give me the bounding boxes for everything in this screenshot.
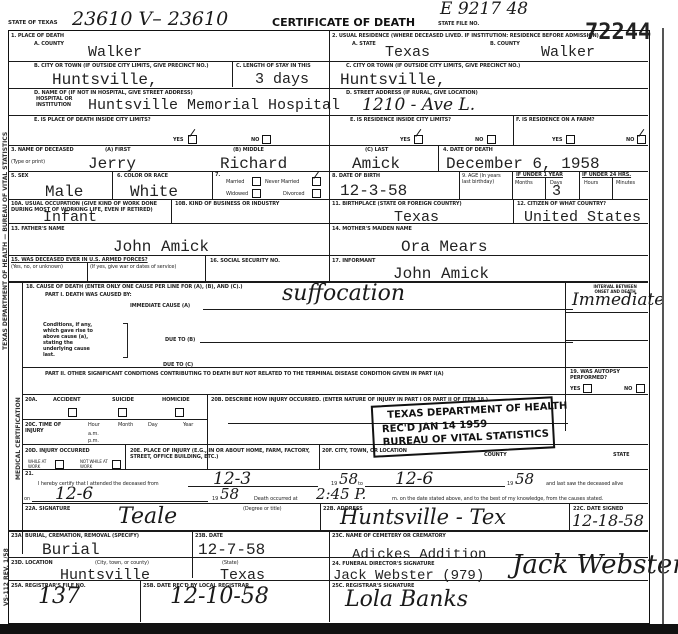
state-file-label: STATE FILE NO. — [438, 21, 479, 27]
immediate-cause: suffocation — [282, 285, 405, 303]
due-to-b-label: DUE TO (b) — [165, 337, 195, 343]
residence-city: Huntsville, — [340, 72, 446, 88]
armed-sub2: (If yes, give war or dates of service) — [90, 264, 176, 270]
divider — [125, 444, 126, 469]
not-at-work-label: NOT WHILE AT WORK — [80, 460, 110, 469]
autopsy-yes-checkbox[interactable] — [583, 384, 592, 393]
date-signed: 12-18-58 — [572, 512, 644, 530]
am-label: a.m. — [88, 431, 99, 437]
signature-label: 22a. SIGNATURE — [25, 506, 70, 512]
sex-label: 5. SEX — [11, 173, 28, 179]
res-inside-city-yes-checkbox[interactable] — [414, 135, 423, 144]
burial-date-label: 23b. DATE — [195, 533, 223, 539]
no-label: NO — [624, 386, 632, 392]
year-prefix: 19 — [212, 496, 218, 502]
divider — [329, 30, 330, 281]
cert-text-3: m. on the date stated above, and to the … — [392, 496, 603, 502]
day-label: Day — [148, 422, 158, 428]
last-name-label: (c) Last — [365, 147, 388, 153]
funeral-director-signature: Jack Webster — [512, 556, 678, 574]
armed-forces-label: 15. WAS DECEASED EVER IN U.S. ARMED FORC… — [11, 257, 148, 263]
degree-label: (Degree or title) — [243, 506, 281, 512]
citizen-label: 12. CITIZEN OF WHAT COUNTRY? — [517, 201, 606, 207]
divider — [513, 115, 514, 145]
residence-state: Texas — [385, 45, 430, 61]
suicide-checkbox[interactable] — [118, 408, 127, 417]
widowed-checkbox[interactable] — [252, 189, 261, 198]
father-label: 13. FATHER'S NAME — [11, 226, 64, 232]
homicide-label: HOMICIDE — [162, 397, 190, 403]
business-label: 10b. KIND OF BUSINESS OR INDUSTRY — [175, 201, 279, 207]
received-stamp: TEXAS DEPARTMENT OF HEALTH REC'D JAN 14 … — [371, 396, 555, 457]
scan-edge — [0, 624, 678, 634]
burial-state: Texas — [220, 568, 265, 584]
physician-signature: Teale — [118, 508, 177, 526]
part-1-label: PART I. DEATH WAS CAUSED BY: — [45, 292, 132, 298]
first-name-label: (a) First — [105, 147, 130, 153]
no-label: NO — [475, 137, 483, 143]
yes-label: YES — [570, 386, 580, 392]
farm-yes-checkbox[interactable] — [566, 135, 575, 144]
name-label: 3. NAME OF DECEASED — [11, 147, 74, 153]
month-label: Month — [118, 422, 133, 428]
divider — [8, 145, 648, 146]
homicide-checkbox[interactable] — [175, 408, 184, 417]
divider — [22, 419, 207, 420]
hours-label: Hours — [584, 180, 598, 186]
divider — [8, 115, 648, 116]
middle-name: Richard — [220, 156, 287, 172]
hospital-label-3: INSTITUTION — [36, 102, 71, 108]
farm-label: f. IS RESIDENCE ON A FARM? — [516, 117, 594, 123]
location-city-label: (City, town, or county) — [95, 560, 149, 566]
divider — [22, 367, 648, 368]
place-of-death-label: 1. PLACE OF DEATH — [11, 33, 64, 39]
dod-label: 4. DATE OF DEATH — [443, 147, 493, 153]
never-married-label: Never Married — [265, 179, 299, 185]
divorced-label: Divorced — [283, 191, 304, 197]
burial-city: Huntsville — [60, 568, 150, 584]
mother-label: 14. MOTHER'S MAIDEN NAME — [332, 226, 412, 232]
year-prefix: 19 — [507, 481, 513, 487]
res-state-label: a. STATE — [352, 41, 376, 47]
divider — [192, 530, 193, 578]
burial-date: 12-7-58 — [198, 542, 265, 558]
divider — [569, 503, 570, 530]
res-city-label: c. CITY OR TOWN (If outside city limits,… — [346, 63, 520, 69]
street-address: 1210 - Ave L. — [362, 96, 475, 114]
underline — [188, 486, 318, 487]
injury-place-label: 20e. PLACE OF INJURY (e.g., in or about … — [130, 448, 315, 460]
marital-num: 7. — [215, 172, 220, 178]
divider — [512, 171, 513, 199]
divider — [8, 255, 648, 256]
divider — [459, 171, 460, 199]
inside-city-no-checkbox[interactable] — [262, 135, 271, 144]
injury-county-label: COUNTY — [484, 452, 507, 458]
date-of-birth: 12-3-58 — [340, 183, 407, 199]
dob-label: 8. DATE OF BIRTH — [332, 173, 380, 179]
hour-label: Hour — [88, 422, 100, 428]
death-city: Huntsville, — [52, 72, 158, 88]
divider — [212, 171, 213, 199]
not-at-work-checkbox[interactable] — [112, 460, 121, 469]
death-occurred-label: Death occurred at — [254, 496, 298, 502]
while-at-work-checkbox[interactable] — [55, 460, 64, 469]
sex: Male — [45, 184, 83, 200]
attended-to: 12-6 — [395, 470, 433, 488]
res-county-label: b. COUNTY — [490, 41, 520, 47]
certificate-title: CERTIFICATE OF DEATH — [272, 16, 415, 29]
divider — [319, 444, 320, 469]
brace — [123, 323, 128, 358]
age-days: 3 — [552, 184, 561, 200]
divider — [438, 145, 439, 171]
cert-num: 21. — [25, 471, 34, 477]
divider — [545, 178, 546, 199]
injury-20a-label: 20a. — [25, 397, 37, 403]
divider — [140, 580, 141, 622]
county-label: a. COUNTY — [34, 41, 64, 47]
divider — [112, 171, 113, 199]
stay-label: c. LENGTH OF STAY in this — [236, 63, 321, 69]
residence-label: 2. USUAL RESIDENCE (Where deceased lived… — [332, 33, 599, 39]
divider — [87, 263, 88, 281]
under-24-label: IF UNDER 24 HRS. — [582, 172, 631, 178]
last-seen-year: 58 — [220, 485, 239, 503]
widowed-label: Widowed — [226, 191, 248, 197]
autopsy-label: 19. WAS AUTOPSY PERFORMED? — [570, 369, 640, 381]
no-label: NO — [251, 137, 259, 143]
state-label: STATE OF TEXAS — [8, 20, 57, 26]
divider — [329, 88, 648, 89]
divider — [22, 281, 23, 554]
on-word: on — [24, 496, 30, 502]
middle-name-label: (b) Middle — [233, 147, 264, 153]
handwritten-file-no: E 9217 48 — [440, 0, 528, 18]
underline — [200, 342, 573, 343]
divider — [22, 469, 648, 470]
divider — [232, 61, 233, 87]
underline — [365, 486, 505, 487]
divider — [320, 503, 321, 530]
divider — [171, 199, 172, 223]
father-name: John Amick — [113, 239, 209, 255]
cause-label: 18. CAUSE OF DEATH (Enter only one cause… — [26, 284, 242, 290]
divorced-checkbox[interactable] — [312, 189, 321, 198]
divider — [513, 199, 514, 223]
divider — [22, 503, 648, 504]
location-label: 23d. LOCATION — [11, 560, 53, 566]
funeral-director-label: 24. FUNERAL DIRECTOR'S SIGNATURE — [332, 561, 434, 567]
divider — [8, 88, 329, 89]
last-seen-date: 12-6 — [55, 485, 93, 503]
time-of-death: 2:45 P. — [316, 485, 366, 503]
res-inside-city-label: e. IS RESIDENCE INSIDE CITY LIMITS? — [350, 117, 451, 123]
farm-no-checkbox[interactable] — [637, 135, 646, 144]
yes-label: YES — [552, 137, 562, 143]
divider — [8, 61, 329, 62]
injury-state-label: STATE — [613, 452, 629, 458]
birthplace-label: 11. BIRTHPLACE (State or foreign country… — [332, 201, 462, 207]
divider — [8, 530, 648, 532]
informant-label: 17. INFORMANT — [332, 258, 375, 264]
last-name: Amick — [352, 156, 400, 172]
yes-label: YES — [173, 137, 183, 143]
accident-label: ACCIDENT — [53, 397, 80, 403]
yes-label: YES — [400, 137, 410, 143]
scan-edge-right — [662, 28, 664, 624]
funeral-director-name: Jack Webster (979) — [333, 568, 484, 584]
injury-occurred-label: 20d. INJURY OCCURRED — [25, 448, 90, 454]
divider — [612, 178, 613, 199]
part-2-label: PART II. OTHER SIGNIFICANT CONDITIONS CO… — [45, 371, 444, 377]
attended-to-year: 58 — [515, 470, 534, 488]
death-county: Walker — [88, 45, 142, 61]
minutes-label: Minutes — [616, 180, 635, 186]
location-state-label: (State) — [222, 560, 238, 566]
date-of-death: December 6, 1958 — [446, 156, 600, 172]
autopsy-no-checkbox[interactable] — [636, 384, 645, 393]
divider — [329, 530, 330, 622]
divider — [565, 340, 648, 341]
name-sublabel: (Type or print) — [11, 159, 45, 165]
burial-method: Burial — [42, 542, 100, 558]
registrar-signature: Lola Banks — [345, 591, 468, 609]
divider — [8, 223, 648, 224]
divider — [205, 255, 206, 281]
under-1-year-label: IF UNDER 1 YEAR — [516, 172, 563, 178]
year-label: Year — [183, 422, 193, 428]
registrar-file-no: 137 — [38, 588, 80, 606]
residence-county: Walker — [541, 45, 595, 61]
divider — [329, 61, 648, 62]
divider — [22, 394, 648, 395]
divider — [8, 199, 648, 200]
burial-method-label: 23a. BURIAL, CREMATION, REMOVAL (Specify… — [11, 533, 139, 539]
age-label: 9. AGE (In years last birthday) — [462, 173, 510, 185]
divider — [8, 580, 648, 581]
underline — [203, 309, 573, 310]
injury-time-label: 20c. TIME OF INJURY — [25, 422, 75, 434]
mother-maiden-name: Ora Mears — [401, 239, 487, 255]
registrar-date: 12-10-58 — [170, 588, 269, 606]
immediate-cause-label: IMMEDIATE CAUSE (a) — [130, 303, 190, 309]
accident-checkbox[interactable] — [68, 408, 77, 417]
race-label: 6. COLOR OR RACE — [117, 173, 168, 179]
ssn-label: 16. SOCIAL SECURITY NO. — [210, 258, 280, 264]
interval: Immediate — [572, 291, 664, 309]
res-inside-city-no-checkbox[interactable] — [487, 135, 496, 144]
conditions-note: Conditions, if any, which gave rise to a… — [43, 322, 101, 358]
while-at-work-label: WHILE AT WORK — [28, 460, 53, 469]
married-label: Married — [226, 179, 244, 185]
cert-text-2: and last saw the deceased alive — [546, 481, 623, 487]
divider — [565, 312, 648, 313]
never-married-checkbox[interactable] — [312, 177, 321, 186]
cemetery-label: 23c. NAME OF CEMETERY OR CREMATORY — [332, 533, 446, 539]
inside-city-yes-checkbox[interactable] — [188, 135, 197, 144]
physician-address: Huntsville - Tex — [340, 508, 506, 526]
handwritten-number: 23610 V– 23610 — [72, 10, 228, 28]
first-name: Jerry — [88, 156, 136, 172]
inside-city-label: e. IS PLACE OF DEATH INSIDE CITY LIMITS? — [34, 117, 151, 123]
months-label: Months — [515, 180, 533, 186]
married-checkbox[interactable] — [252, 177, 261, 186]
no-label: NO — [626, 137, 634, 143]
city-label: b. CITY OR TOWN (If outside city limits,… — [34, 63, 208, 69]
hospital-name: Huntsville Memorial Hospital — [88, 98, 340, 114]
race: White — [130, 184, 178, 200]
divider — [579, 171, 580, 199]
armed-sub1: (Yes, no, or unknown) — [11, 264, 63, 270]
length-of-stay: 3 days — [255, 72, 309, 88]
informant: John Amick — [393, 266, 489, 282]
suicide-label: SUICIDE — [112, 397, 134, 403]
